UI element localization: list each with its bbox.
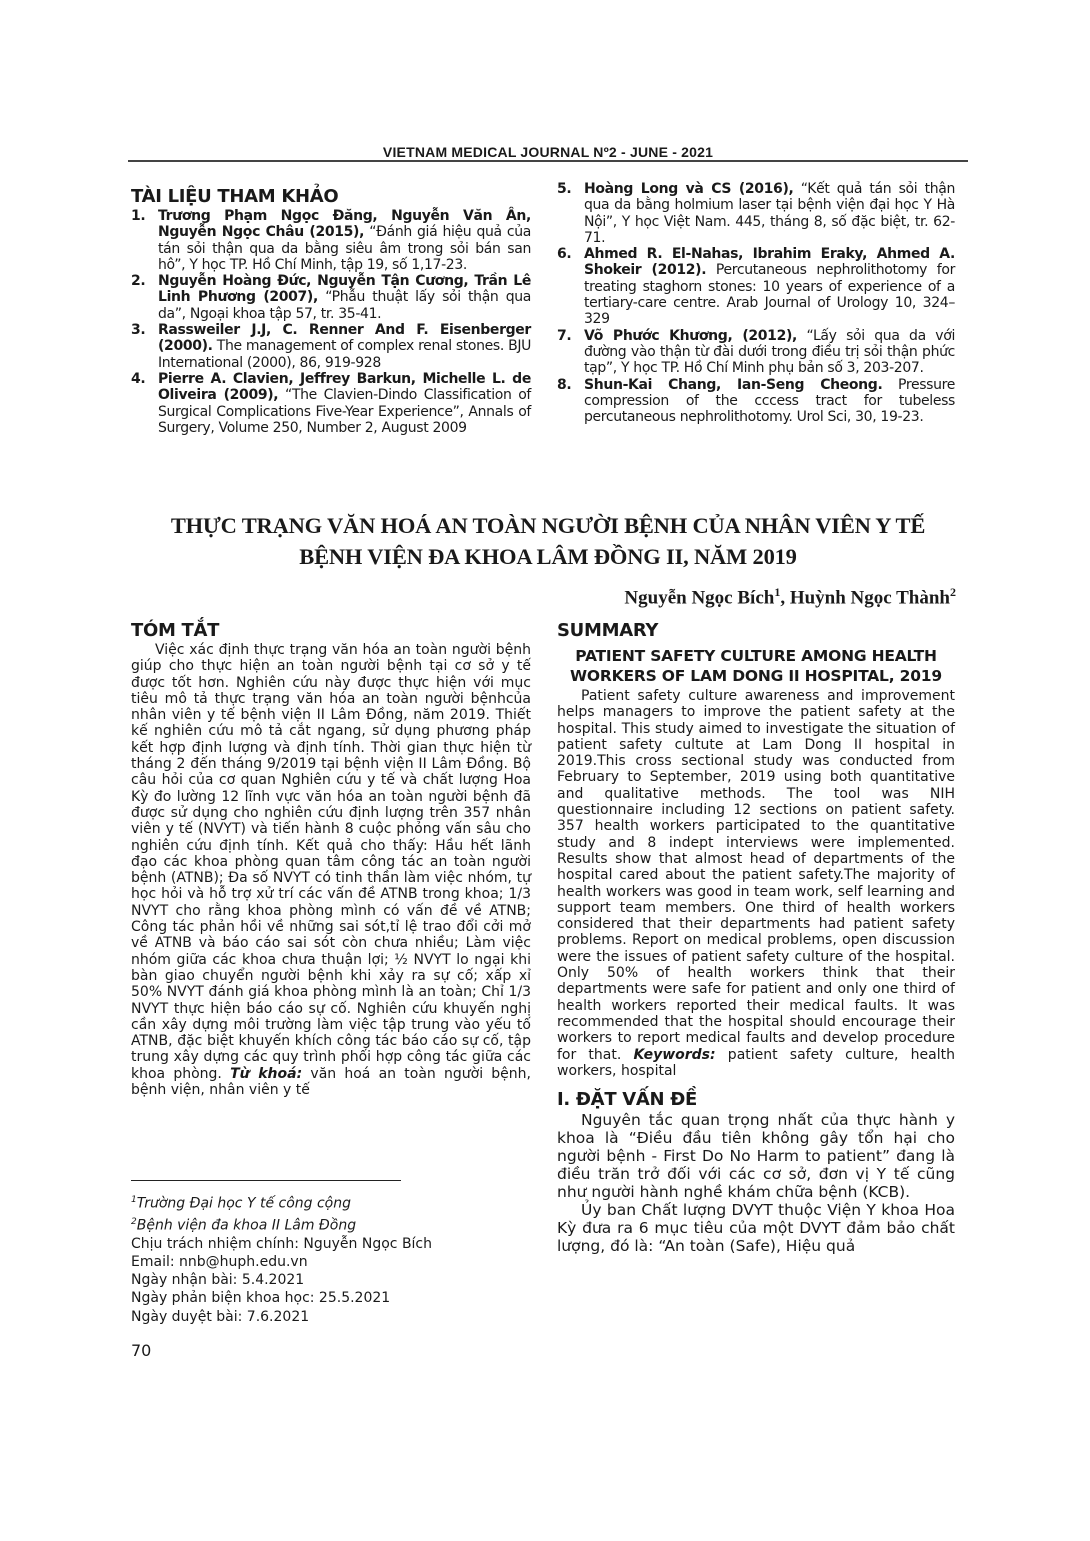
- references-heading: TÀI LIỆU THAM KHẢO: [131, 186, 531, 208]
- reference-text: The management of complex renal stones. …: [158, 338, 531, 370]
- author-line: Nguyễn Ngọc Bích1, Huỳnh Ngọc Thành2: [624, 580, 956, 610]
- abstract-vi-heading: TÓM TẮT: [131, 620, 531, 642]
- abstract-english: SUMMARY PATIENT SAFETY CULTURE AMONG HEA…: [557, 620, 955, 1255]
- affiliation-1: 1Trường Đại học Y tế công cộng: [131, 1191, 531, 1213]
- author-affiliation-mark: 2: [950, 585, 956, 599]
- affiliation-text: Bệnh viện đa khoa II Lâm Đồng: [137, 1218, 356, 1234]
- reference-item: 8.Shun-Kai Chang, Ian-Seng Cheong. Press…: [557, 377, 955, 426]
- reference-number: 5.: [557, 181, 571, 197]
- author-name: Nguyễn Ngọc Bích: [624, 587, 774, 608]
- running-head: VIETNAM MEDICAL JOURNAL Nº2 - JUNE - 202…: [128, 144, 968, 160]
- reference-authors: Võ Phước Khương, (2012),: [584, 328, 797, 344]
- reference-authors: Shun-Kai Chang, Ian-Seng Cheong.: [584, 377, 882, 393]
- date-accepted: Ngày duyệt bài: 7.6.2021: [131, 1308, 531, 1326]
- footnote-rule: [131, 1180, 401, 1181]
- reference-number: 2.: [131, 273, 145, 289]
- reference-list: 1.Trương Phạm Ngọc Đăng, Nguyễn Văn Ân, …: [131, 208, 531, 436]
- corresponding-author: Chịu trách nhiệm chính: Nguyễn Ngọc Bích: [131, 1235, 531, 1253]
- article-title-line-1: THỰC TRẠNG VĂN HOÁ AN TOÀN NGƯỜI BỆNH CỦ…: [128, 510, 968, 541]
- keywords-label: Từ khoá:: [230, 1066, 302, 1082]
- header-rule: [128, 160, 968, 162]
- author-name: Huỳnh Ngọc Thành: [790, 587, 950, 608]
- reference-item: 6.Ahmed R. El-Nahas, Ibrahim Eraky, Ahme…: [557, 246, 955, 327]
- author-separator: ,: [780, 587, 790, 608]
- summary-title-line-2: WORKERS OF LAM DONG II HOSPITAL, 2019: [557, 666, 955, 686]
- reference-authors: Hoàng Long và CS (2016),: [584, 181, 793, 197]
- article-title: THỰC TRẠNG VĂN HOÁ AN TOÀN NGƯỜI BỆNH CỦ…: [128, 510, 968, 572]
- reference-number: 4.: [131, 371, 145, 387]
- reference-number: 1.: [131, 208, 145, 224]
- affiliation-2: 2Bệnh viện đa khoa II Lâm Đồng: [131, 1213, 531, 1235]
- references-left-column: TÀI LIỆU THAM KHẢO 1.Trương Phạm Ngọc Đă…: [131, 186, 531, 436]
- introduction-paragraph-2: Ủy ban Chất lượng DVYT thuộc Viện Y khoa…: [557, 1201, 955, 1255]
- abstract-vi-text: Việc xác định thực trạng văn hóa an toàn…: [131, 642, 531, 1082]
- date-reviewed: Ngày phản biện khoa học: 25.5.2021: [131, 1289, 531, 1307]
- reference-number: 7.: [557, 328, 571, 344]
- reference-item: 7.Võ Phước Khương, (2012), “Lấy sỏi qua …: [557, 328, 955, 377]
- reference-number: 6.: [557, 246, 571, 262]
- abstract-vietnamese: TÓM TẮT Việc xác định thực trạng văn hóa…: [131, 620, 531, 1098]
- reference-item: 1.Trương Phạm Ngọc Đăng, Nguyễn Văn Ân, …: [131, 208, 531, 273]
- introduction-heading: I. ĐẶT VẤN ĐỀ: [557, 1089, 955, 1111]
- summary-title: PATIENT SAFETY CULTURE AMONG HEALTH WORK…: [557, 646, 955, 686]
- reference-number: 8.: [557, 377, 571, 393]
- reference-item: 5.Hoàng Long và CS (2016), “Kết quả tán …: [557, 181, 955, 246]
- summary-text: Patient safety culture awareness and imp…: [557, 688, 955, 1063]
- page-number: 70: [131, 1341, 151, 1360]
- reference-item: 2.Nguyễn Hoàng Đức, Nguyễn Tận Cương, Tr…: [131, 273, 531, 322]
- references-right-column: 5.Hoàng Long và CS (2016), “Kết quả tán …: [557, 181, 955, 425]
- abstract-vi-body: Việc xác định thực trạng văn hóa an toàn…: [131, 642, 531, 1098]
- journal-page: VIETNAM MEDICAL JOURNAL Nº2 - JUNE - 202…: [0, 0, 1090, 1541]
- summary-body: Patient safety culture awareness and imp…: [557, 688, 955, 1079]
- date-received: Ngày nhận bài: 5.4.2021: [131, 1271, 531, 1289]
- reference-number: 3.: [131, 322, 145, 338]
- footnotes: 1Trường Đại học Y tế công cộng 2Bệnh việ…: [131, 1191, 531, 1326]
- author-email: Email: nnb@huph.edu.vn: [131, 1253, 531, 1271]
- summary-heading: SUMMARY: [557, 620, 955, 642]
- reference-item: 4.Pierre A. Clavien, Jeffrey Barkun, Mic…: [131, 371, 531, 436]
- keywords-label: Keywords:: [634, 1047, 716, 1063]
- summary-title-line-1: PATIENT SAFETY CULTURE AMONG HEALTH: [557, 646, 955, 666]
- reference-item: 3.Rassweiler J.J, C. Renner And F. Eisen…: [131, 322, 531, 371]
- affiliation-text: Trường Đại học Y tế công cộng: [137, 1196, 351, 1212]
- reference-list-continued: 5.Hoàng Long và CS (2016), “Kết quả tán …: [557, 181, 955, 425]
- article-title-line-2: BỆNH VIỆN ĐA KHOA LÂM ĐỒNG II, NĂM 2019: [128, 541, 968, 572]
- introduction-paragraph-1: Nguyên tắc quan trọng nhất của thực hành…: [557, 1111, 955, 1201]
